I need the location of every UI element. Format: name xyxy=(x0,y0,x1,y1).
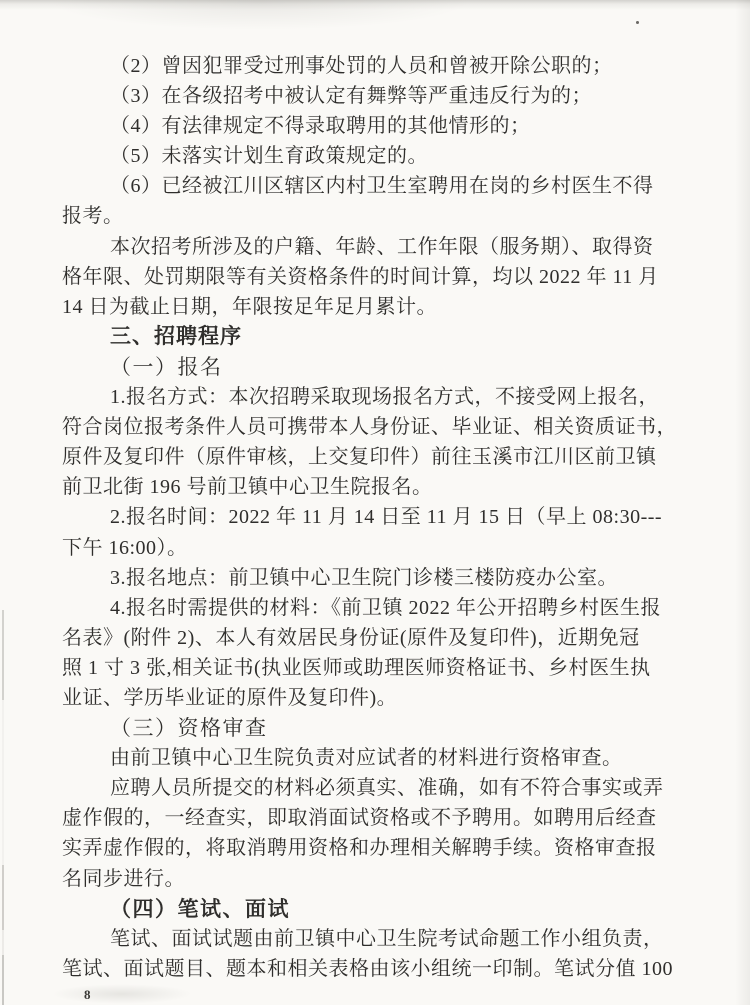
registration-place-line: 3.报名地点：前卫镇中心卫生院门诊楼三楼防疫办公室。 xyxy=(62,563,694,593)
subsection-heading-registration: （一）报名 xyxy=(62,352,694,382)
clause-item-5: （5）未落实计划生育政策规定的。 xyxy=(62,141,694,171)
materials-authenticity-line1: 应聘人员所提交的材料必须真实、准确，如有不符合事实或弄 xyxy=(62,773,694,803)
scanned-document-page: （2）曾因犯罪受过刑事处罚的人员和曾被开除公职的； （3）在各级招考中被认定有舞… xyxy=(0,0,750,1005)
clause-item-4: （4）有法律规定不得录取聘用的其他情形的； xyxy=(62,111,694,141)
section-heading-recruitment-procedure: 三、招聘程序 xyxy=(62,322,694,352)
deadline-paragraph-line1: 本次招考所涉及的户籍、年龄、工作年限（服务期）、取得资 xyxy=(62,232,694,262)
registration-method-line1: 1.报名方式：本次招聘采取现场报名方式，不接受网上报名， xyxy=(62,382,694,412)
document-text-block: （2）曾因犯罪受过刑事处罚的人员和曾被开除公职的； （3）在各级招考中被认定有舞… xyxy=(62,51,694,984)
registration-method-line2: 符合岗位报考条件人员可携带本人身份证、毕业证、相关资质证书， xyxy=(62,412,694,442)
registration-time-line2: 下午 16:00）。 xyxy=(62,533,694,563)
scan-edge-line-artifact xyxy=(2,610,4,1005)
clause-item-3: （3）在各级招考中被认定有舞弊等严重违反行为的； xyxy=(62,81,694,111)
registration-time-line1: 2.报名时间：2022 年 11 月 14 日至 11 月 15 日（早上 08… xyxy=(62,502,694,532)
deadline-paragraph-line2: 格年限、处罚期限等有关资格条件的时间计算，均以 2022 年 11 月 xyxy=(62,262,694,292)
clause-item-6-line1: （6）已经被江川区辖区内村卫生室聘用在岗的乡村医生不得 xyxy=(62,171,694,201)
written-interview-line1: 笔试、面试试题由前卫镇中心卫生院考试命题工作小组负责， xyxy=(62,924,694,954)
clause-item-6-line2: 报考。 xyxy=(62,201,694,231)
materials-authenticity-line3: 实弄虚作假的，将取消聘用资格和办理相关解聘手续。资格审查报 xyxy=(62,833,694,863)
registration-method-line4: 前卫北街 196 号前卫镇中心卫生院报名。 xyxy=(62,472,694,502)
written-interview-line2: 笔试、面试题目、题本和相关表格由该小组统一印制。笔试分值 100 xyxy=(62,954,694,984)
page-bottom-partial-mark: 8 xyxy=(84,987,91,1005)
materials-authenticity-line2: 虚作假的，一经查实，即取消面试资格或不予聘用。如聘用后经查 xyxy=(62,803,694,833)
registration-materials-line1: 4.报名时需提供的材料：《前卫镇 2022 年公开招聘乡村医生报 xyxy=(62,593,694,623)
registration-materials-line2: 名表》(附件 2)、本人有效居民身份证(原件及复印件)，近期免冠 xyxy=(62,623,694,653)
deadline-paragraph-line3: 14 日为截止日期，年限按足年足月累计。 xyxy=(62,292,694,322)
materials-authenticity-line4: 名同步进行。 xyxy=(62,864,694,894)
scan-smudge-artifact xyxy=(52,984,192,1004)
subsection-heading-written-interview: （四）笔试、面试 xyxy=(62,894,694,924)
registration-materials-line3: 照 1 寸 3 张,相关证书(执业医师或助理医师资格证书、乡村医生执 xyxy=(62,653,694,683)
registration-method-line3: 原件及复印件（原件审核，上交复印件）前往玉溪市江川区前卫镇 xyxy=(62,442,694,472)
qualification-review-line1: 由前卫镇中心卫生院负责对应试者的材料进行资格审查。 xyxy=(62,743,694,773)
registration-materials-line4: 业证、学历毕业证的原件及复印件)。 xyxy=(62,683,694,713)
subsection-heading-qualification-review: （三）资格审查 xyxy=(62,713,694,743)
scan-dot-artifact xyxy=(636,21,639,24)
clause-item-2: （2）曾因犯罪受过刑事处罚的人员和曾被开除公职的； xyxy=(62,51,694,81)
